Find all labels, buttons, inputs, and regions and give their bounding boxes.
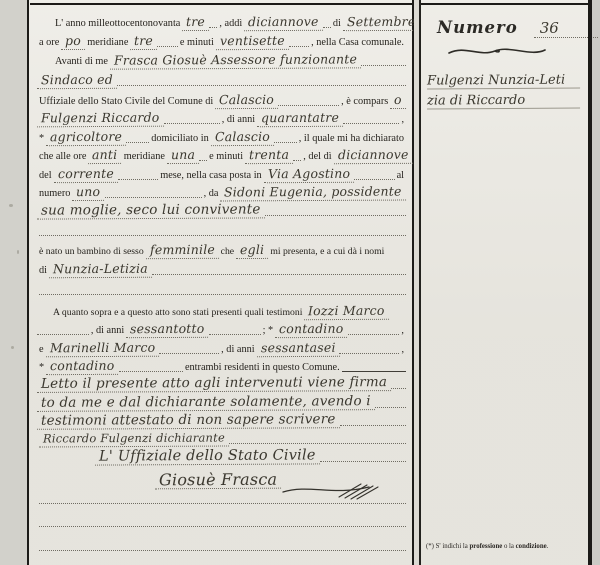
printed-text: a ore <box>37 35 61 51</box>
printed-text: , nella Casa comunale. <box>309 35 406 51</box>
handwritten-text: Riccardo Fulgenzi dichiarante <box>39 430 229 448</box>
rule-fill <box>209 27 217 28</box>
ink-speck <box>11 346 14 349</box>
form-line: to da me e dal dichiarante solamente, av… <box>37 394 406 411</box>
handwritten-text: Nunzia-Letizia <box>49 261 152 279</box>
printed-text: , del dì <box>301 149 333 165</box>
rule-fill <box>39 503 406 504</box>
page-edge-bar <box>588 0 592 565</box>
rule-fill <box>274 142 297 143</box>
form-line: a orepomeridianetree minutiventisette, n… <box>37 33 406 50</box>
footnote-text: (*) S' indichi la <box>426 543 470 550</box>
handwritten-text: tre <box>130 33 157 50</box>
handwritten-text: uno <box>72 184 104 201</box>
form-line: eMarinelli Marco, di annisessantasei, <box>37 340 406 357</box>
printed-text: Uffiziale dello Stato Civile del Comune … <box>37 94 215 110</box>
rule-fill <box>39 526 406 527</box>
printed-text: e minuti <box>178 35 216 51</box>
rule-fill <box>37 334 89 335</box>
handwritten-text: Fulgenzi Nunzia-Leti <box>427 73 565 89</box>
printed-text: e <box>37 342 46 358</box>
handwritten-text: contadino <box>275 321 348 338</box>
rule-fill <box>265 215 406 216</box>
handwritten-text: anti <box>88 147 121 164</box>
footnote-text: o la <box>502 543 515 550</box>
handwritten-text: Settembre <box>343 14 420 31</box>
rule-fill <box>105 197 202 198</box>
rule-fill <box>159 353 219 354</box>
record-number-row: Numero 36 <box>437 18 598 38</box>
form-line: Uffiziale dello Stato Civile del Comune … <box>37 92 406 109</box>
handwritten-text: o <box>390 92 406 109</box>
footnote-bold: professione <box>470 543 503 550</box>
rule-fill <box>343 123 399 124</box>
printed-text: A quanto sopra e a questo atto sono stat… <box>51 305 304 321</box>
margin-name-line2: zia di Riccardo <box>427 88 580 109</box>
ink-speck <box>9 204 13 207</box>
handwritten-text: Calascio <box>211 129 274 146</box>
form-line: , di annisessantotto; *contadino, <box>37 321 406 338</box>
handwritten-text: po <box>61 33 85 50</box>
rule-fill <box>340 425 406 426</box>
handwritten-text: Giosuè Frasca <box>155 472 281 490</box>
ink-speck <box>17 250 19 254</box>
rule-fill <box>278 105 339 106</box>
footnote-bold: condizione <box>516 543 547 550</box>
numero-label: Numero <box>437 18 518 37</box>
printed-text: , di anni <box>89 323 126 339</box>
handwritten-text: L' Uffiziale dello Stato Civile <box>95 447 320 465</box>
handwritten-text: Via Agostino <box>264 166 354 183</box>
rule-fill <box>199 160 207 161</box>
handwritten-text: femminile <box>146 242 219 259</box>
rule-fill <box>39 294 406 295</box>
form-line <box>39 537 406 554</box>
form-line <box>39 222 406 239</box>
handwritten-text: Fulgenzi Riccardo <box>37 110 164 128</box>
rule-fill <box>39 550 406 551</box>
form-line: sua moglie, seco lui convivente <box>37 202 406 219</box>
rule-fill <box>157 46 177 47</box>
printed-text: * <box>37 360 46 376</box>
printed-text: , è compars <box>339 94 390 110</box>
printed-text: del <box>37 168 54 184</box>
printed-text: , di anni <box>219 342 256 358</box>
printed-text: che alle ore <box>37 149 88 165</box>
form-line: Fulgenzi Riccardo, di anniquarantatre, <box>37 110 406 127</box>
rule-fill <box>339 353 399 354</box>
handwritten-text: Sidoni Eugenia, possidente <box>220 184 406 202</box>
handwritten-text: diciannove <box>244 14 323 31</box>
printed-text: che <box>219 244 236 260</box>
footnote-text: . <box>547 543 549 550</box>
handwritten-text: diciannove <box>334 147 413 164</box>
printed-text: L' anno milleottocentonovanta <box>53 16 182 32</box>
margin-name-line1: Fulgenzi Nunzia-Leti <box>427 61 580 89</box>
rule-fill <box>391 388 406 389</box>
printed-text: mi presenta, e a cui dà i nomi <box>268 244 386 260</box>
handwritten-text: Iozzi Marco <box>304 303 389 320</box>
form-line <box>39 513 406 530</box>
form-line: Sindaco ed <box>37 72 406 89</box>
rule-fill <box>119 371 183 372</box>
handwritten-text: sessantotto <box>126 321 209 338</box>
printed-text: * <box>37 131 46 147</box>
printed-text: di <box>37 263 49 279</box>
handwritten-text: tre <box>182 14 209 31</box>
printed-text: al <box>395 168 406 184</box>
form-line: che alle oreantimeridianeunae minutitren… <box>37 147 406 164</box>
form-line: *agricoltoredomiciliato inCalascio, il q… <box>37 129 406 146</box>
handwritten-text: contadino <box>46 358 119 375</box>
rule-fill <box>126 142 149 143</box>
register-margin-column: Numero 36 Fulgenzi Nunzia-Leti zia di Ri… <box>419 0 588 565</box>
signature-flourish <box>281 478 391 500</box>
printed-text: domiciliato in <box>149 131 210 147</box>
handwritten-text: Sindaco ed <box>37 72 117 89</box>
rule-fill <box>375 407 406 408</box>
handwritten-text: sessantasei <box>257 340 340 357</box>
printed-text: meridiane <box>122 149 167 165</box>
handwritten-text: Frasca Giosuè Assessore funzionante <box>110 51 361 69</box>
rule-fill <box>39 235 406 236</box>
printed-text: , <box>399 112 406 128</box>
birth-record-scan: L' anno milleottocentonovantatre, addìdi… <box>0 0 600 565</box>
rule-fill <box>354 179 395 180</box>
flourish-swash <box>447 44 547 60</box>
printed-text: meridiane <box>85 35 130 51</box>
act-form-page: L' anno milleottocentonovantatre, addìdi… <box>27 0 414 565</box>
handwritten-text: testimoni attestato di non sapere scrive… <box>37 411 340 430</box>
rule-fill <box>293 160 301 161</box>
rule-fill <box>209 334 261 335</box>
form-line: *contadinoentrambi residenti in questo C… <box>37 358 406 375</box>
rule-fill <box>348 334 400 335</box>
rule-fill <box>117 85 406 86</box>
rule-fill <box>289 46 309 47</box>
handwritten-text: to da me e dal dichiarante solamente, av… <box>37 393 375 412</box>
form-line: diNunzia-Letizia <box>37 261 406 278</box>
printed-text: e minuti <box>207 149 245 165</box>
printed-text: , il quale mi ha dichiarato <box>297 131 406 147</box>
rule-fill <box>152 274 406 275</box>
rule-fill <box>118 179 159 180</box>
printed-text: mese, nella casa posta in <box>158 168 264 184</box>
printed-text: di <box>331 16 343 32</box>
rule-fill <box>164 123 220 124</box>
handwritten-text: corrente <box>54 166 118 183</box>
form-line: testimoni attestato di non sapere scrive… <box>37 412 406 429</box>
page-outer-margin <box>0 0 27 565</box>
printed-text: , da <box>202 186 221 202</box>
handwritten-text: Calascio <box>215 92 278 109</box>
printed-text: numero <box>37 186 72 202</box>
form-line: Riccardo Fulgenzi dichiarante <box>39 430 406 447</box>
printed-text: è nato un bambino di sesso <box>37 244 146 260</box>
handwritten-text: Marinelli Marco <box>46 340 159 358</box>
form-line: delcorrentemese, nella casa posta inVia … <box>37 166 406 183</box>
form-line <box>39 281 406 298</box>
form-line: Avanti di meFrasca Giosuè Assessore funz… <box>53 52 406 69</box>
form-line: è nato un bambino di sessofemminilecheeg… <box>37 242 406 259</box>
profession-footnote: (*) S' indichi la professione o la condi… <box>426 543 586 550</box>
rule-fill <box>229 443 406 444</box>
printed-text: , <box>399 323 406 339</box>
handwritten-text: sua moglie, seco lui convivente <box>37 201 265 219</box>
printed-text: , addì <box>217 16 244 32</box>
form-line: numerouno, daSidoni Eugenia, possidente <box>37 184 406 201</box>
form-line: Letto il presente atto agli intervenuti … <box>37 375 406 392</box>
handwritten-text: trenta <box>245 147 293 164</box>
margin-top-border <box>421 3 588 5</box>
handwritten-text: una <box>167 147 199 164</box>
rule-fill <box>323 27 331 28</box>
form-line: L' Uffiziale dello Stato Civile <box>95 448 406 465</box>
form-line: L' anno milleottocentonovantatre, addìdi… <box>53 14 406 31</box>
rule-fill <box>320 461 406 462</box>
printed-text: , <box>399 342 406 358</box>
handwritten-text: zia di Riccardo <box>427 93 525 109</box>
printed-text: , di anni <box>220 112 257 128</box>
printed-text: ; * <box>261 323 276 339</box>
handwritten-text: quarantatre <box>257 110 343 127</box>
rule-fill <box>342 371 406 372</box>
handwritten-text: Letto il presente atto agli intervenuti … <box>37 374 391 393</box>
handwritten-text: agricoltore <box>46 129 126 146</box>
form-line: A quanto sopra e a questo atto sono stat… <box>51 303 406 320</box>
rule-fill <box>361 65 406 66</box>
handwritten-text: ventisette <box>216 33 289 50</box>
handwritten-text: egli <box>236 242 268 259</box>
printed-text: Avanti di me <box>53 54 110 70</box>
